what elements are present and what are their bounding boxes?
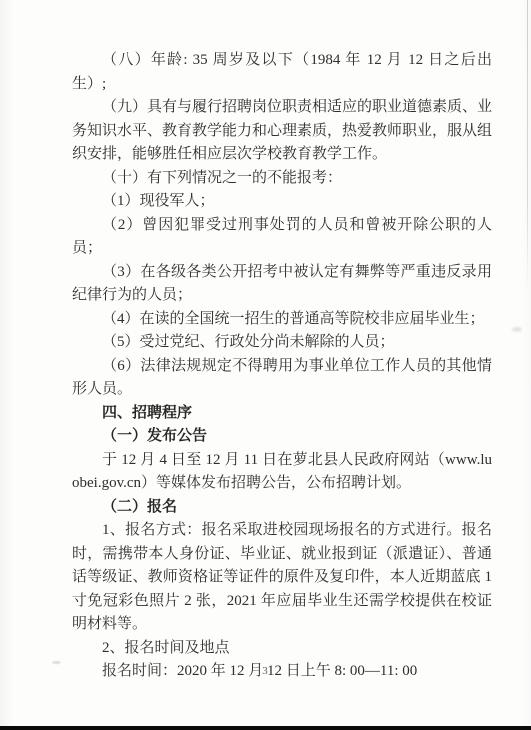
body-paragraph: （5）受过党纪、行政处分尚未解除的人员；	[72, 331, 492, 355]
body-paragraph: 1、报名方式：报名采取进校园现场报名的方式进行。报名时，需携带本人身份证、毕业证…	[72, 519, 492, 637]
scan-artifact-smudge	[52, 661, 61, 664]
body-paragraph: 2、报名时间及地点	[72, 637, 492, 661]
body-paragraph: （3）在各级各类公开招考中被认定有舞弊等严重违反录用纪律行为的人员；	[72, 261, 492, 308]
bottom-border-bar	[0, 726, 531, 730]
heading-paragraph: 四、招聘程序	[72, 402, 492, 426]
heading-paragraph: （一）发布公告	[72, 425, 492, 449]
document-body: （八）年龄: 35 周岁及以下（1984 年 12 月 12 日之后出生）;（九…	[72, 49, 492, 684]
heading-paragraph: （二）报名	[72, 496, 492, 520]
body-paragraph: （2）曾因犯罪受过刑事处罚的人员和曾被开除公职的人员；	[72, 214, 492, 261]
page-number: 3	[0, 665, 531, 677]
body-paragraph: （九）具有与履行招聘岗位职责相适应的职业道德素质、业务知识水平、教育教学能力和心…	[72, 96, 492, 167]
scan-artifact-vertical-line	[527, 0, 528, 290]
body-paragraph: （八）年龄: 35 周岁及以下（1984 年 12 月 12 日之后出生）;	[72, 49, 492, 96]
body-paragraph: （1）现役军人；	[72, 190, 492, 214]
scan-artifact-smudge	[512, 327, 522, 332]
scanned-document-page: （八）年龄: 35 周岁及以下（1984 年 12 月 12 日之后出生）;（九…	[0, 0, 531, 730]
body-paragraph: （6）法律法规规定不得聘用为事业单位工作人员的其他情形人员。	[72, 355, 492, 402]
body-paragraph: （4）在读的全国统一招生的普通高等院校非应届毕业生；	[72, 308, 492, 332]
body-paragraph: 于 12 月 4 日至 12 月 11 日在萝北县人民政府网站（www.luob…	[72, 449, 492, 496]
body-paragraph: （十）有下列情况之一的不能报考：	[72, 167, 492, 191]
